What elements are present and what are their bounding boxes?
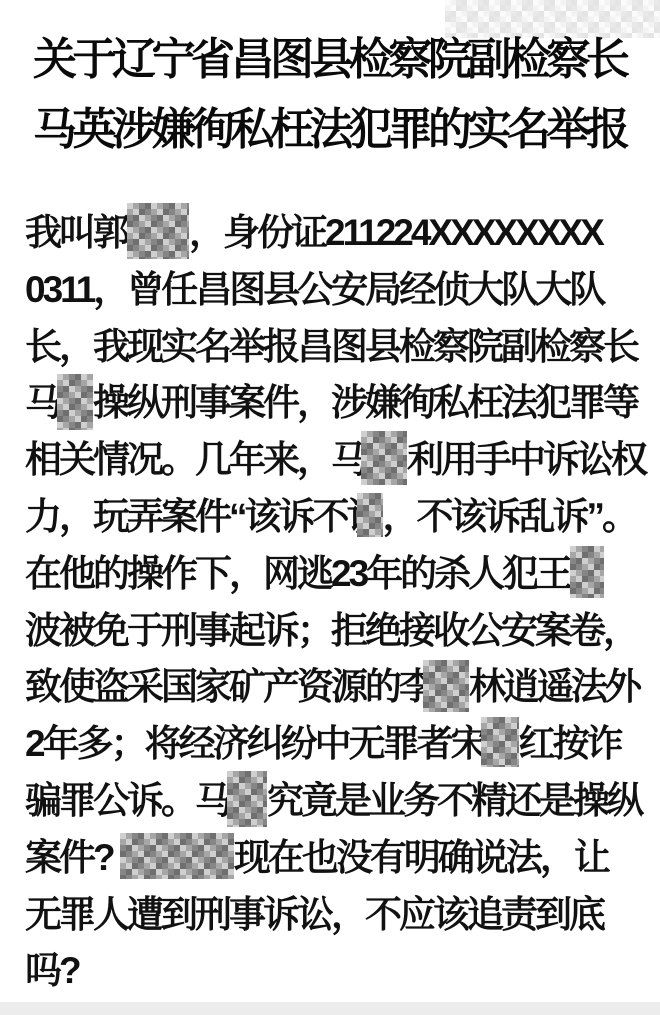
text-segment: 吗? xyxy=(25,950,79,991)
text-segment: 骗罪公诉。马 xyxy=(25,780,229,821)
text-segment: 长，我现实名举报昌图县检察院副检察长 xyxy=(25,326,637,367)
document-title: 关于辽宁省昌图县检察院副检察长 马英涉嫌徇私枉法犯罪的实名举报 xyxy=(33,25,640,165)
redaction-mosaic xyxy=(127,203,189,259)
text-segment: 相关情况。几年来，马 xyxy=(25,439,365,480)
redaction-mosaic xyxy=(361,431,407,485)
document-page: 关于辽宁省昌图县检察院副检察长 马英涉嫌徇私枉法犯罪的实名举报 我叫郭，身份证2… xyxy=(0,0,660,1015)
body-text: 我叫郭，身份证211224XXXXXXXX0311，曾任昌图县公安局经侦大队大队… xyxy=(25,205,660,1000)
redaction-mosaic xyxy=(120,833,234,879)
redaction-mosaic xyxy=(481,717,519,767)
redaction-mosaic xyxy=(227,771,267,827)
title-line-2: 马英涉嫌徇私枉法犯罪的实名举报 xyxy=(33,95,640,165)
text-line: 0311，曾任昌图县公安局经侦大队大队 xyxy=(25,262,660,319)
text-line: 骗罪公诉。马究竟是业务不精还是操纵 xyxy=(25,773,660,830)
text-segment: 利用手中诉讼权 xyxy=(407,439,645,480)
title-line-1: 关于辽宁省昌图县检察院副检察长 xyxy=(33,25,640,95)
text-segment: 案件? xyxy=(25,837,120,878)
text-line: 长，我现实名举报昌图县检察院副检察长 xyxy=(25,319,660,376)
text-line: 我叫郭，身份证211224XXXXXXXX xyxy=(25,205,660,262)
text-segment: 究竟是业务不精还是操纵 xyxy=(267,780,641,821)
text-line: 波被免于刑事起诉；拒绝接收公安案卷， xyxy=(25,603,660,660)
text-line: 致使盗采国家矿产资源的李林逍遥法外 xyxy=(25,659,660,716)
redaction-mosaic xyxy=(357,493,383,537)
text-line: 2年多；将经济纠纷中无罪者宋红按诈 xyxy=(25,716,660,773)
redaction-mosaic xyxy=(570,546,604,598)
text-segment: 我叫郭 xyxy=(25,212,127,253)
text-segment: 0311，曾任昌图县公安局经侦大队大队 xyxy=(25,269,603,310)
text-segment: 在他的操作下，网逃23年的杀人犯王 xyxy=(25,553,570,594)
text-segment: 2年多；将经济纠纷中无罪者宋 xyxy=(25,723,485,764)
text-segment: 力，玩弄案件“该诉不诉 xyxy=(25,496,381,537)
text-segment: 林逍遥法外 xyxy=(469,666,639,707)
text-line: 力，玩弄案件“该诉不诉，不该诉乱诉”。 xyxy=(25,489,660,546)
text-segment: 马 xyxy=(25,382,59,423)
text-segment: 红按诈 xyxy=(519,723,621,764)
text-segment: 操纵刑事案件，涉嫌徇私枉法犯罪等 xyxy=(93,382,637,423)
text-line: 在他的操作下，网逃23年的杀人犯王 xyxy=(25,546,660,603)
text-segment: 致使盗采国家矿产资源的李 xyxy=(25,666,433,707)
text-line: 相关情况。几年来，马利用手中诉讼权 xyxy=(25,432,660,489)
text-segment: 无罪人遭到刑事诉讼，不应该追责到底 xyxy=(25,894,603,935)
text-line: 无罪人遭到刑事诉讼，不应该追责到底 xyxy=(25,887,660,944)
text-line: 案件? 现在也没有明确说法，让 xyxy=(25,830,660,887)
text-segment: ，身份证211224XXXXXXXX xyxy=(189,212,602,253)
text-line: 吗? xyxy=(25,943,660,1000)
redaction-mosaic xyxy=(423,660,469,712)
redaction-mosaic xyxy=(57,374,93,430)
text-segment: ，不该诉乱诉”。 xyxy=(383,496,637,537)
text-segment: 波被免于刑事起诉；拒绝接收公安案卷， xyxy=(25,610,637,651)
text-segment: 现在也没有明确说法，让 xyxy=(234,837,608,878)
bottom-edge-strip xyxy=(0,1002,660,1015)
text-line: 马操纵刑事案件，涉嫌徇私枉法犯罪等 xyxy=(25,375,660,432)
